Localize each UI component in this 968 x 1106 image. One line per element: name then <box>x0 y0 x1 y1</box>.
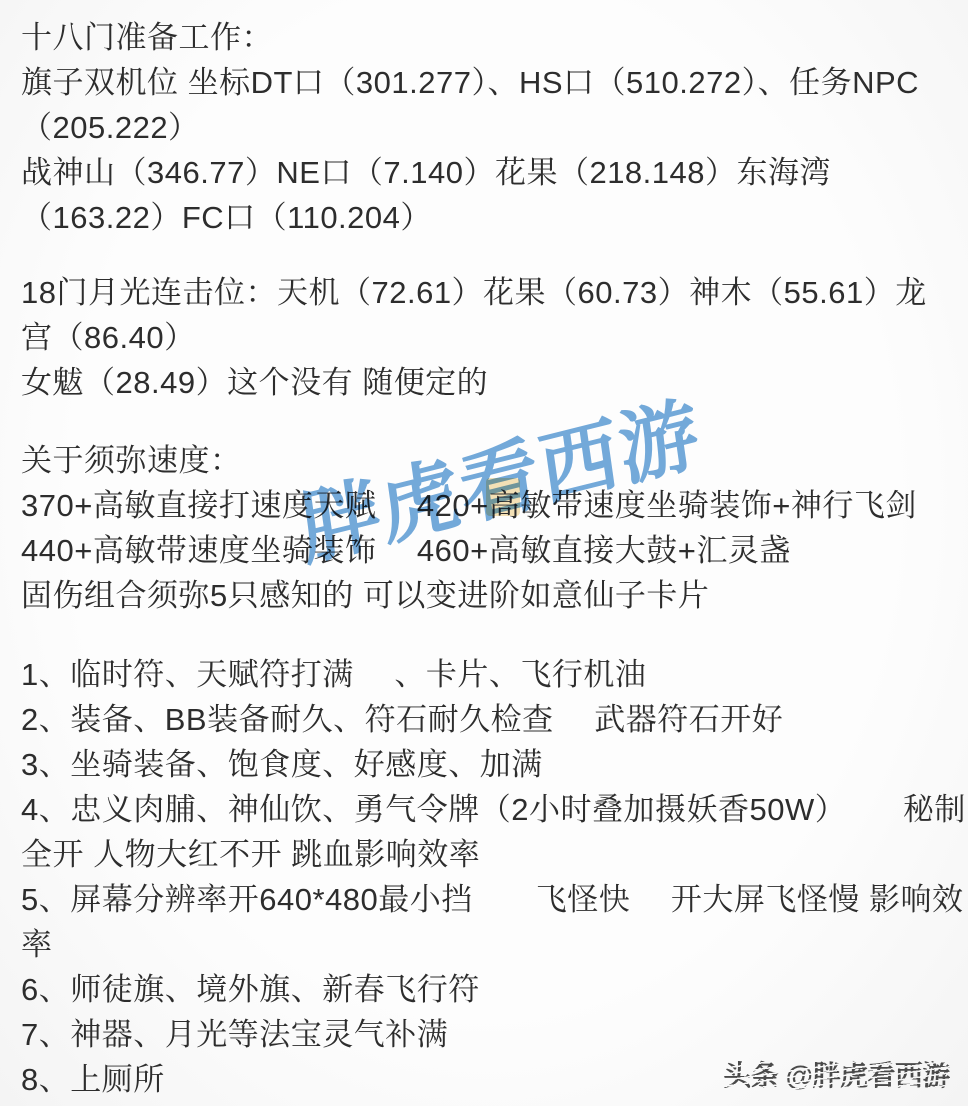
checklist-item-2: 2、装备、BB装备耐久、符石耐久检查 武器符石开好 <box>21 697 950 742</box>
document-body: 十八门准备工作： 旗子双机位 坐标DT口（301.277）、HS口（510.27… <box>0 0 968 1102</box>
text-line: 女魃（28.49）这个没有 随便定的 <box>21 360 950 405</box>
section-preparation: 十八门准备工作： 旗子双机位 坐标DT口（301.277）、HS口（510.27… <box>21 15 950 240</box>
text-line: 18门月光连击位：天机（72.61）花果（60.73）神木（55.61）龙 <box>21 270 950 315</box>
checklist-item-4-continued: 全开 人物大红不开 跳血影响效率 <box>21 832 950 877</box>
text-line: 440+高敏带速度坐骑装饰 460+高敏直接大鼓+汇灵盏 <box>21 528 950 573</box>
checklist-item-1: 1、临时符、天赋符打满 、卡片、飞行机油 <box>21 652 950 697</box>
paragraph-gap <box>21 240 950 270</box>
note-page: 十八门准备工作： 旗子双机位 坐标DT口（301.277）、HS口（510.27… <box>0 0 968 1106</box>
checklist-item-4: 4、忠义肉脯、神仙饮、勇气令牌（2小时叠加摄妖香50W） 秘制 <box>21 787 950 832</box>
text-line: 旗子双机位 坐标DT口（301.277）、HS口（510.272）、任务NPC <box>21 60 950 105</box>
section-xumi-speed: 关于须弥速度： 370+高敏直接打速度天赋 420+高敏带速度坐骑装饰+神行飞剑… <box>21 438 950 618</box>
checklist-item-7: 7、神器、月光等法宝灵气补满 <box>21 1012 950 1057</box>
paragraph-gap <box>21 405 950 438</box>
text-line: 战神山（346.77）NE口（7.140）花果（218.148）东海湾 <box>21 150 950 195</box>
checklist-item-3: 3、坐骑装备、饱食度、好感度、加满 <box>21 742 950 787</box>
text-line: 370+高敏直接打速度天赋 420+高敏带速度坐骑装饰+神行飞剑 <box>21 483 950 528</box>
text-line: 固伤组合须弥5只感知的 可以变进阶如意仙子卡片 <box>21 573 950 618</box>
text-line: 关于须弥速度： <box>21 438 950 483</box>
text-line: （205.222） <box>21 105 950 150</box>
paragraph-gap <box>21 618 950 652</box>
checklist-item-8: 8、上厕所 <box>21 1057 950 1102</box>
text-line: 十八门准备工作： <box>21 15 950 60</box>
checklist-item-5-continued: 率 <box>21 922 950 967</box>
checklist-item-6: 6、师徒旗、境外旗、新春飞行符 <box>21 967 950 1012</box>
section-moonlight-combo: 18门月光连击位：天机（72.61）花果（60.73）神木（55.61）龙 宫（… <box>21 270 950 405</box>
section-checklist: 1、临时符、天赋符打满 、卡片、飞行机油 2、装备、BB装备耐久、符石耐久检查 … <box>21 652 950 1102</box>
text-line: 宫（86.40） <box>21 315 950 360</box>
text-line: （163.22）FC口（110.204） <box>21 195 950 240</box>
checklist-item-5: 5、屏幕分辨率开640*480最小挡 飞怪快 开大屏飞怪慢 影响效 <box>21 877 950 922</box>
